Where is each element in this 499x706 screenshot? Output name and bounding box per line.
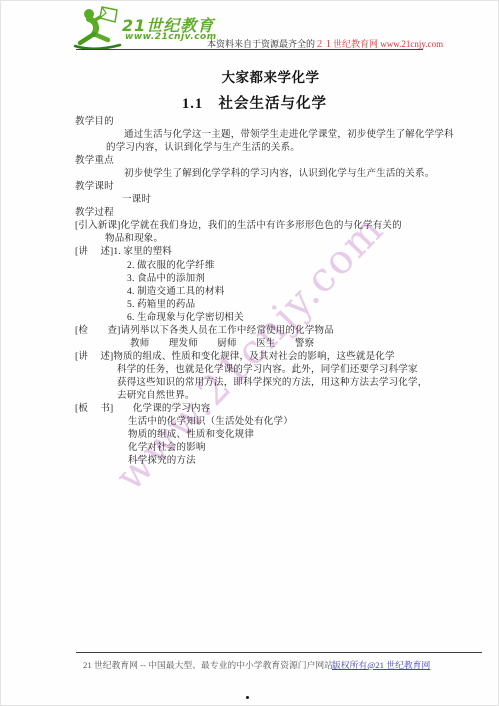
content-line: [板 书] 化学课的学习内容	[75, 403, 485, 416]
content-line: 的学习内容，认识到化学与生产生活的关系。	[75, 142, 485, 155]
content-line: 获得这些知识的常用方法，即科学探究的方法，用这种方法去学习化学，	[75, 377, 485, 390]
list-item: 3. 食品中的添加剂	[75, 273, 485, 286]
content-line: 科学探究的方法	[75, 455, 485, 468]
content-line: 物品和现象。	[75, 233, 485, 246]
tagline-plain: 本资料来自于资源最齐全的	[207, 39, 315, 49]
footer-site-description: 21 世纪教育网 -- 中国最大型、最专业的中小学教育资源门户网站。	[83, 658, 342, 671]
content-line: 通过生活与化学这一主题，带领学生走进化学课堂，初步使学生了解化学学科	[75, 129, 485, 142]
content-line: 一课时	[75, 194, 485, 207]
copyright-link[interactable]: 版权所有@21 世纪教育网	[332, 658, 430, 671]
document-page: 21世纪教育 www.21cnjv.com 本资料来自于资源最齐全的２１世纪教育…	[0, 0, 499, 706]
document-title: 大家都来学化学	[21, 66, 499, 86]
heading-teaching-focus: 教学重点	[75, 155, 485, 168]
content-line: 初步使学生了解到化学学科的学习内容，认识到化学与生产生活的关系。	[75, 168, 485, 181]
tagline-red: ２１世纪教育网 www.21cnjy.com	[315, 39, 443, 49]
footer-divider	[76, 652, 482, 653]
content-line: [引入新课]化学就在我们身边，我们的生活中有许多形形色色的与化学有关的	[75, 220, 485, 233]
heading-teaching-process: 教学过程	[75, 207, 485, 220]
runner-logo-icon	[72, 5, 126, 49]
list-item: 4. 制造交通工具的材料	[75, 286, 485, 299]
header-divider	[76, 49, 423, 50]
brand-url: www.21cnjv.com	[125, 32, 217, 42]
content-line: 去研究自然世界。	[75, 390, 485, 403]
heading-teaching-period: 教学课时	[75, 181, 485, 194]
content-line: [讲 述]物质的组成、性质和变化规律，及其对社会的影响，这些就是化学	[75, 351, 485, 364]
list-item: 6. 生命现象与化学密切相关	[75, 312, 485, 325]
heading-teaching-objective: 教学目的	[75, 116, 485, 129]
lesson-plan-body: 教学目的 通过生活与化学这一主题，带领学生走进化学课堂，初步使学生了解化学学科 …	[75, 116, 485, 468]
list-item: 2. 做衣服的化学纤维	[75, 260, 485, 273]
content-line: 生活中的化学知识（生活处处有化学）	[75, 416, 485, 429]
content-line: 科学的任务，也就是化学课的学习内容。此外，同学们还要学习科学家	[75, 364, 485, 377]
content-line: [讲 述]1. 家里的塑料	[75, 246, 485, 259]
content-line: 化学对社会的影响	[75, 442, 485, 455]
section-title: 1.1 社会生活与化学	[5, 92, 499, 113]
page-marker-dot	[246, 696, 249, 699]
content-line: 教师 理发师 厨师 医生 警察	[75, 338, 485, 351]
content-line: [检 查]请列举以下各类人员在工作中经常使用的化学物品	[75, 325, 485, 338]
content-line: 物质的组成、性质和变化规律	[75, 429, 485, 442]
list-item: 5. 药箱里的药品	[75, 299, 485, 312]
